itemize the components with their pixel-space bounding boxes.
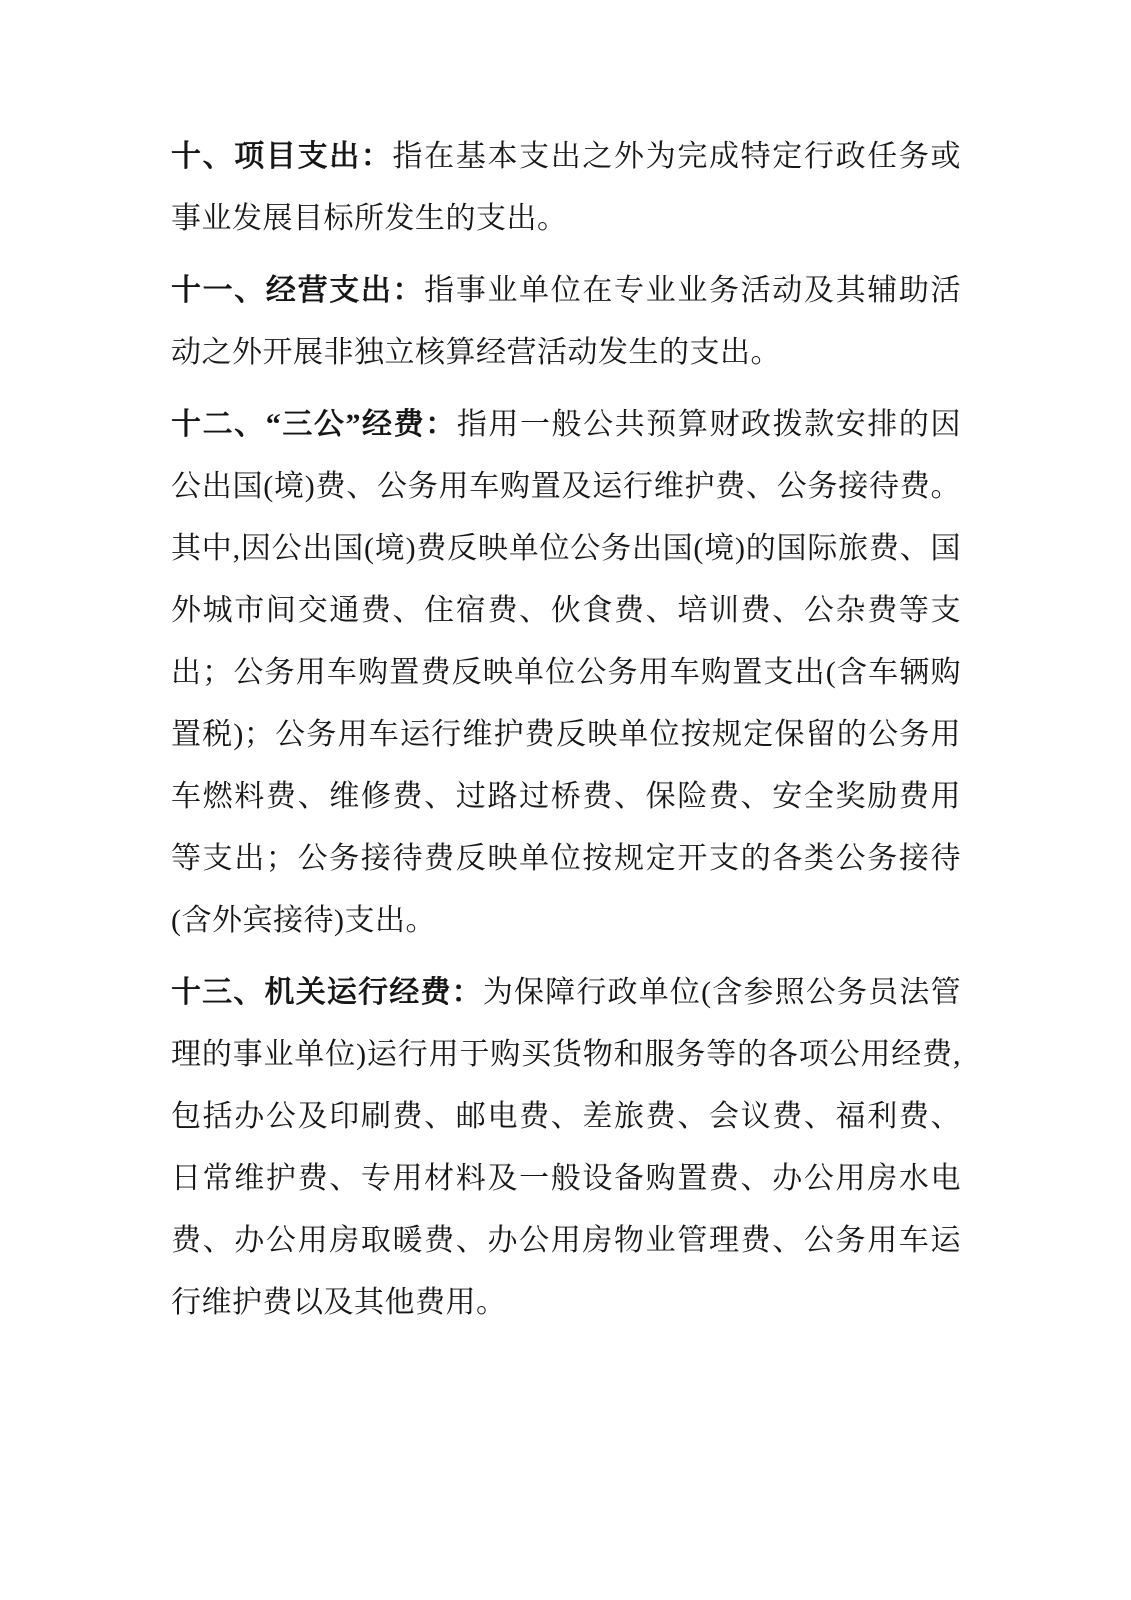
paragraph-heading: 十、项目支出： xyxy=(171,140,393,173)
paragraph-heading: 十二、“三公”经费： xyxy=(171,408,457,441)
paragraph-item-10: 十、项目支出：指在基本支出之外为完成特定行政任务或事业发展目标所发生的支出。 xyxy=(171,126,961,250)
paragraph-heading: 十一、经营支出： xyxy=(171,274,424,307)
document-page: 十、项目支出：指在基本支出之外为完成特定行政任务或事业发展目标所发生的支出。 十… xyxy=(0,0,1131,1600)
paragraph-item-11: 十一、经营支出：指事业单位在专业业务活动及其辅助活动之外开展非独立核算经营活动发… xyxy=(171,260,961,384)
paragraph-body: 为保障行政单位(含参照公务员法管理的事业单位)运行用于购买货物和服务等的各项公用… xyxy=(171,976,961,1319)
paragraph-item-13: 十三、机关运行经费：为保障行政单位(含参照公务员法管理的事业单位)运行用于购买货… xyxy=(171,962,961,1334)
paragraph-body: 指用一般公共预算财政拨款安排的因公出国(境)费、公务用车购置及运行维护费、公务接… xyxy=(171,408,961,937)
paragraph-item-12: 十二、“三公”经费：指用一般公共预算财政拨款安排的因公出国(境)费、公务用车购置… xyxy=(171,394,961,952)
paragraph-heading: 十三、机关运行经费： xyxy=(171,976,483,1009)
